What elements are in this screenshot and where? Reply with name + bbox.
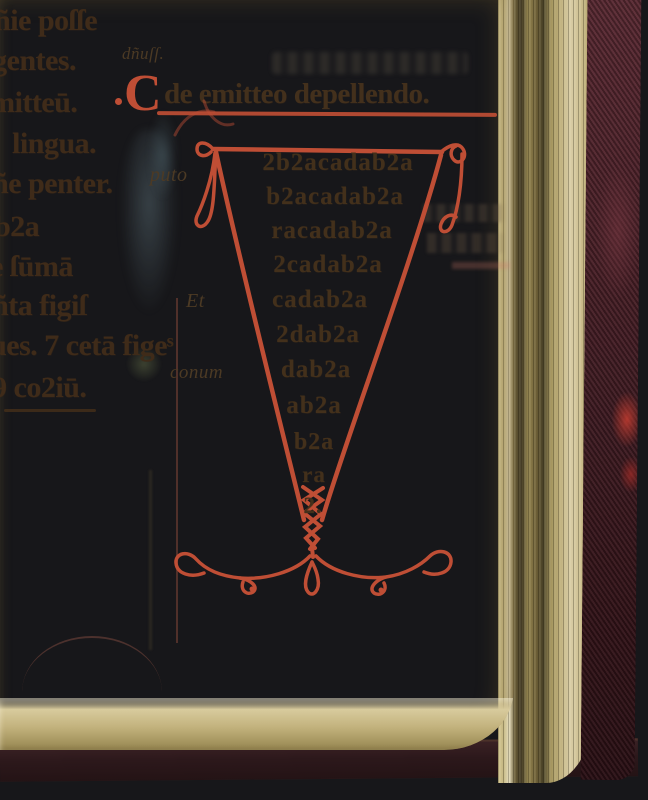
manuscript-page: ñie poſſe gentes. mitteū. lingua. ñe pen… [0, 0, 514, 750]
faded-initial-smudge [120, 130, 178, 315]
abracadabra-row: cadab2a [272, 284, 368, 319]
marginal-note: puto [150, 164, 188, 187]
text-line: ñe penter. [0, 167, 113, 201]
abracadabra-row: b2acadab2a [266, 181, 404, 215]
text-line: 9 co2iū. [0, 371, 86, 405]
red-ruling-line [176, 298, 178, 643]
abracadabra-row: dab2a [281, 354, 351, 390]
word-underline [4, 409, 96, 412]
abracadabra-row: 2b2acadab2a [262, 147, 413, 181]
marginal-note: dñuſſ. [122, 44, 164, 64]
rubric-initial-letter: C [124, 68, 162, 120]
rubric-underline [157, 111, 497, 117]
page-bottom-curl-edge [0, 698, 514, 750]
abracadabra-row: ab2a [286, 390, 341, 426]
red-punctus [115, 98, 122, 105]
marginal-note: Et [186, 290, 205, 313]
abracadabra-triangle-text: 2b2acadab2a b2acadab2a racadab2a 2cadab2… [208, 147, 448, 520]
text-line: b2a [0, 210, 39, 244]
abracadabra-row: ra [302, 459, 326, 490]
abracadabra-row: b2a [294, 426, 334, 459]
text-line: gentes. [0, 44, 76, 78]
abracadabra-row: 2dab2a [276, 319, 360, 354]
text-line: lingua. [12, 127, 96, 161]
showthrough-red-trace [452, 262, 510, 269]
book-binding-spine-cover [581, 0, 642, 780]
abracadabra-row: 2cadab2a [273, 249, 382, 284]
text-line: e ſūmā [0, 250, 73, 284]
abracadabra-row: 2. [303, 490, 322, 520]
text-line: ues. 7 cetā figeˢ [0, 329, 173, 363]
text-line: ñta figiſ [0, 289, 87, 323]
text-line: ñie poſſe [0, 4, 97, 38]
manuscript-photo: ñie poſſe gentes. mitteū. lingua. ñe pen… [0, 0, 648, 800]
rubric-heading: de emitteo depellendo. [164, 78, 429, 111]
parchment-crease [149, 470, 152, 650]
text-line: mitteū. [0, 86, 77, 120]
abracadabra-row: racadab2a [271, 215, 393, 249]
erased-text-trace [272, 52, 468, 74]
